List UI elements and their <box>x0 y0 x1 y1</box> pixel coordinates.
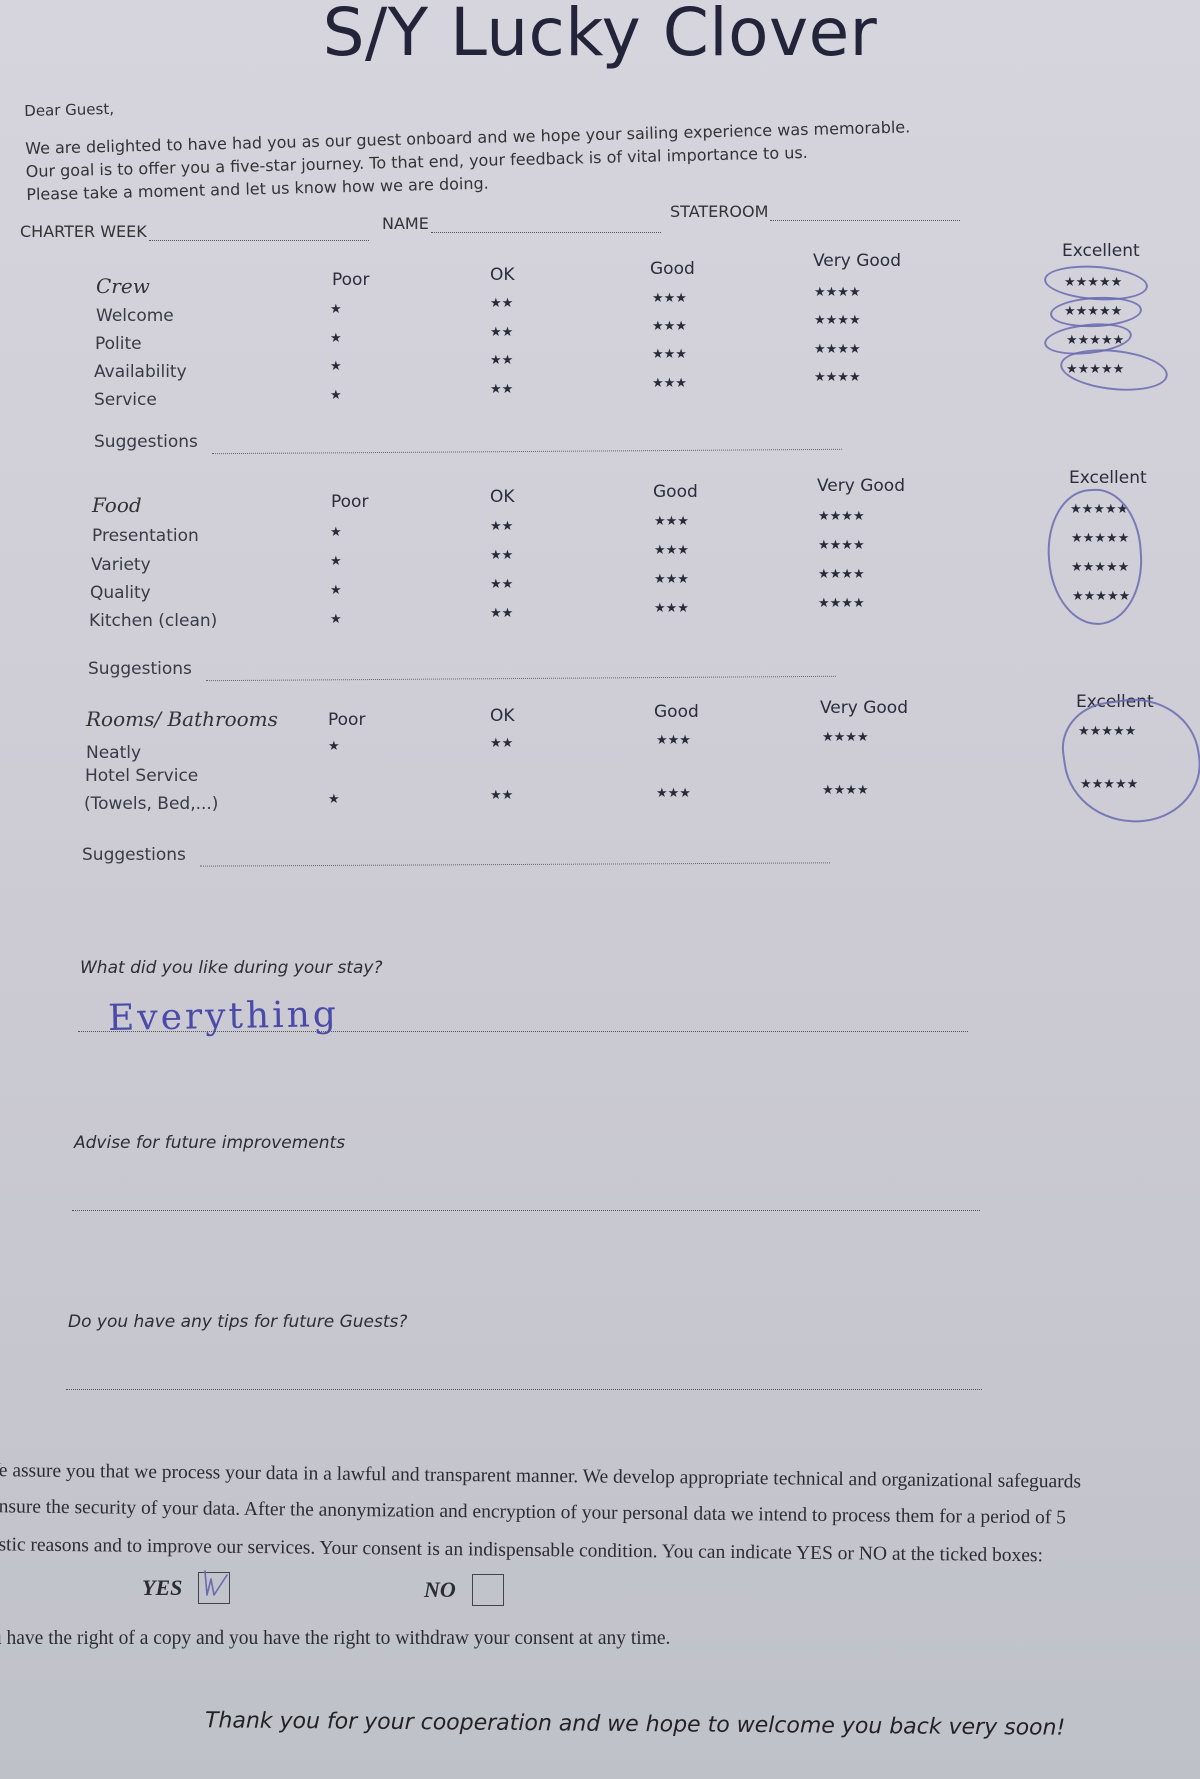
rating-option-good[interactable]: ★★★ <box>654 601 689 616</box>
rating-row-label: Availability <box>94 362 187 382</box>
rating-option-ok[interactable]: ★★ <box>490 788 513 803</box>
column-good: Good <box>650 259 695 279</box>
rating-option-poor[interactable]: ★ <box>328 792 340 807</box>
intro-block: Dear Guest, We are delighted to have had… <box>24 100 984 206</box>
question-label: What did you like during your stay? <box>80 958 382 978</box>
rating-option-poor[interactable]: ★ <box>330 331 342 346</box>
no-checkbox[interactable] <box>472 1574 504 1606</box>
rating-option-good[interactable]: ★★★ <box>652 347 687 362</box>
rating-option-poor[interactable]: ★ <box>330 388 342 403</box>
rating-option-good[interactable]: ★★★ <box>654 543 689 558</box>
column-very-good: Very Good <box>817 476 905 496</box>
column-good: Good <box>654 702 699 722</box>
rating-option-ok[interactable]: ★★ <box>490 519 513 534</box>
rating-option-poor[interactable]: ★ <box>330 583 342 598</box>
rating-option-ok[interactable]: ★★ <box>490 606 513 621</box>
column-very-good: Very Good <box>820 698 908 718</box>
suggestions-field[interactable]: Suggestions <box>88 659 836 679</box>
no-label: NO <box>424 1577 456 1603</box>
name-label: NAME <box>382 214 429 233</box>
rating-row-label: Quality <box>90 583 151 603</box>
rating-row-label: Variety <box>91 555 151 575</box>
checkmark-icon <box>203 1565 229 1601</box>
rating-option-poor[interactable]: ★ <box>330 359 342 374</box>
suggestions-label: Suggestions <box>88 659 192 679</box>
rating-option-ok[interactable]: ★★ <box>490 382 513 397</box>
rating-option-very-good[interactable]: ★★★★ <box>814 313 861 328</box>
column-poor: Poor <box>331 492 368 512</box>
handwritten-answer: Everything <box>108 994 340 1039</box>
rights-line: You have the right of a copy and you hav… <box>0 1628 670 1650</box>
yes-label: YES <box>142 1575 182 1601</box>
name-input-line[interactable] <box>431 219 661 233</box>
pen-circle-mark <box>1043 486 1146 628</box>
rating-row-label: Presentation <box>92 526 199 546</box>
consent-line: statistic reasons and to improve our ser… <box>0 1534 1043 1567</box>
rating-option-very-good[interactable]: ★★★★ <box>814 370 861 385</box>
rating-option-ok[interactable]: ★★ <box>490 577 513 592</box>
rating-option-good[interactable]: ★★★ <box>652 319 687 334</box>
greeting: Dear Guest, <box>24 77 984 123</box>
rating-option-good[interactable]: ★★★ <box>654 572 689 587</box>
section-title: Crew <box>96 274 150 298</box>
rating-option-very-good[interactable]: ★★★★ <box>822 730 869 745</box>
document-title: S/Y Lucky Clover <box>0 0 1200 71</box>
stateroom-input-line[interactable] <box>770 207 960 221</box>
rating-option-very-good[interactable]: ★★★★ <box>818 538 865 553</box>
rating-option-very-good[interactable]: ★★★★ <box>814 285 861 300</box>
charter-week-label: CHARTER WEEK <box>20 222 147 241</box>
consent-yes-option[interactable]: YES <box>142 1572 230 1604</box>
name-field[interactable]: NAME <box>382 214 661 233</box>
stateroom-field[interactable]: STATEROOM <box>670 202 960 221</box>
question-label: Do you have any tips for future Guests? <box>68 1312 407 1332</box>
column-excellent: Excellent <box>1069 468 1147 488</box>
rating-row-label: Service <box>94 390 157 410</box>
suggestions-label: Suggestions <box>94 432 198 452</box>
rating-option-good[interactable]: ★★★ <box>656 733 691 748</box>
column-very-good: Very Good <box>813 251 901 271</box>
suggestions-field[interactable]: Suggestions <box>94 432 842 452</box>
rating-option-good[interactable]: ★★★ <box>654 514 689 529</box>
rating-option-poor[interactable]: ★ <box>330 612 342 627</box>
column-poor: Poor <box>332 270 369 290</box>
rating-option-ok[interactable]: ★★ <box>490 548 513 563</box>
rating-option-very-good[interactable]: ★★★★ <box>818 509 865 524</box>
rating-option-good[interactable]: ★★★ <box>652 376 687 391</box>
pen-circle-mark <box>1058 344 1170 395</box>
yes-checkbox[interactable] <box>198 1572 230 1604</box>
consent-line: We assure you that we process your data … <box>0 1460 1081 1494</box>
rating-option-ok[interactable]: ★★ <box>490 353 513 368</box>
question-label: Advise for future improvements <box>74 1133 345 1153</box>
stateroom-label: STATEROOM <box>670 202 768 221</box>
suggestions-input-line[interactable] <box>212 436 842 454</box>
column-poor: Poor <box>328 710 365 730</box>
rating-option-very-good[interactable]: ★★★★ <box>822 783 869 798</box>
rating-option-good[interactable]: ★★★ <box>652 291 687 306</box>
column-ok: OK <box>490 487 515 507</box>
column-good: Good <box>653 482 698 502</box>
answer-line[interactable] <box>72 1209 980 1211</box>
charter-week-input-line[interactable] <box>149 227 369 241</box>
rating-option-good[interactable]: ★★★ <box>656 786 691 801</box>
rating-row-label: Hotel Service <box>85 766 198 786</box>
rating-row-label: Kitchen (clean) <box>89 611 217 631</box>
rating-option-very-good[interactable]: ★★★★ <box>818 596 865 611</box>
consent-line: to ensure the security of your data. Aft… <box>0 1496 1066 1529</box>
rating-row-label: Neatly <box>86 743 141 763</box>
answer-line[interactable] <box>66 1388 982 1390</box>
rating-option-ok[interactable]: ★★ <box>490 736 513 751</box>
guest-info-fields: CHARTER WEEK NAME STATEROOM <box>20 200 980 240</box>
closing-message: Thank you for your cooperation and we ho… <box>205 1708 1066 1741</box>
rating-option-poor[interactable]: ★ <box>330 525 342 540</box>
rating-row-label-detail: (Towels, Bed,...) <box>84 794 218 814</box>
rating-option-ok[interactable]: ★★ <box>490 296 513 311</box>
rating-option-very-good[interactable]: ★★★★ <box>814 342 861 357</box>
consent-no-option[interactable]: NO <box>424 1574 504 1606</box>
rating-option-ok[interactable]: ★★ <box>490 325 513 340</box>
rating-option-poor[interactable]: ★ <box>330 554 342 569</box>
suggestions-input-line[interactable] <box>200 849 830 866</box>
column-ok: OK <box>490 706 515 726</box>
suggestions-input-line[interactable] <box>206 663 836 681</box>
column-ok: OK <box>490 265 515 285</box>
rating-row-label: Polite <box>95 334 142 354</box>
column-excellent: Excellent <box>1062 241 1140 261</box>
section-title: Food <box>92 493 142 517</box>
rating-option-very-good[interactable]: ★★★★ <box>818 567 865 582</box>
section-title: Rooms/ Bathrooms <box>86 707 278 731</box>
rating-option-poor[interactable]: ★ <box>328 739 340 754</box>
rating-row-label: Welcome <box>96 306 174 326</box>
charter-week-field[interactable]: CHARTER WEEK <box>20 222 369 241</box>
suggestions-label: Suggestions <box>82 845 186 865</box>
feedback-form-page: S/Y Lucky Clover Dear Guest, We are deli… <box>0 0 1200 1779</box>
rating-option-poor[interactable]: ★ <box>330 302 342 317</box>
suggestions-field[interactable]: Suggestions <box>82 845 830 865</box>
